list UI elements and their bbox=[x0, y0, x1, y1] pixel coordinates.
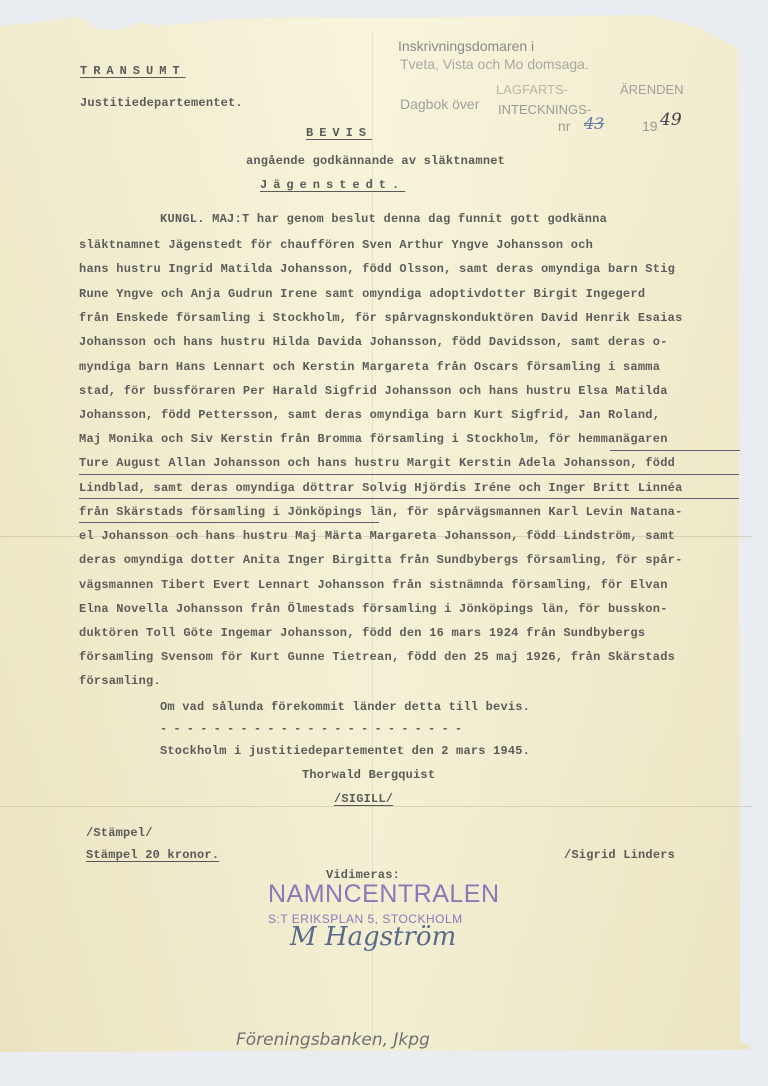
place-date: Stockholm i justitiedepartementet den 2 … bbox=[160, 744, 530, 758]
subheading: angående godkännande av släktnamnet bbox=[246, 154, 505, 168]
body-line: församling. bbox=[79, 674, 739, 688]
closing-statement: Om vad sålunda förekommit länder detta t… bbox=[160, 700, 530, 714]
body-line: Lindblad, samt deras omyndiga döttrar So… bbox=[79, 481, 739, 495]
pen-underline bbox=[79, 522, 379, 523]
pencil-note: Föreningsbanken, Jkpg bbox=[236, 1030, 430, 1050]
seal-mark: /SIGILL/ bbox=[334, 792, 393, 806]
separator-dashes: - - - - - - - - - - - - - - - - - - - - … bbox=[160, 722, 462, 736]
stamp-option-selected: INTECKNINGS- bbox=[498, 102, 591, 117]
copy-signer: /Sigrid Linders bbox=[564, 848, 675, 862]
stamp-nr-struck: 43 bbox=[584, 114, 604, 133]
body-line: församling Svensom för Kurt Gunne Tietre… bbox=[79, 650, 739, 664]
pen-underline bbox=[79, 474, 739, 475]
stamp-note: /Stämpel/ bbox=[86, 826, 153, 840]
stamp-arenden: ÄRENDEN bbox=[620, 82, 684, 97]
pen-underline bbox=[79, 498, 739, 499]
stamp-option-struck: LAGFARTS- bbox=[496, 82, 568, 97]
body-line: släktnamnet Jägenstedt för chauffören Sv… bbox=[79, 238, 739, 252]
fold-line bbox=[0, 806, 752, 807]
body-line: deras omyndiga dotter Anita Inger Birgit… bbox=[79, 553, 739, 567]
department-name: Justitiedepartementet. bbox=[80, 96, 243, 110]
surname-title: Jägenstedt. bbox=[260, 178, 405, 192]
handwritten-signature: M Hagström bbox=[290, 922, 456, 952]
body-line: el Johansson och hans hustru Maj Märta M… bbox=[79, 529, 739, 543]
body-line: från Enskede församling i Stockholm, för… bbox=[79, 311, 739, 325]
body-line: Maj Monika och Siv Kerstin från Bromma f… bbox=[79, 432, 739, 446]
stamp-nr-label: nr bbox=[558, 118, 570, 134]
body-line: Johansson och hans hustru Hilda Davida J… bbox=[79, 335, 739, 349]
body-line: stad, för bussföraren Per Harald Sigfrid… bbox=[79, 384, 739, 398]
agency-stamp-name: NAMNCENTRALEN bbox=[268, 880, 500, 909]
body-line: Johansson, född Pettersson, samt deras o… bbox=[79, 408, 739, 422]
stamp-year-handwritten: 49 bbox=[660, 110, 682, 130]
body-line: Rune Yngve och Anja Gudrun Irene samt om… bbox=[79, 287, 739, 301]
stamp-line-2: Tveta, Vista och Mo domsaga. bbox=[400, 56, 589, 72]
body-line: myndiga barn Hans Lennart och Kerstin Ma… bbox=[79, 360, 739, 374]
stamp-fee: Stämpel 20 kronor. bbox=[86, 848, 219, 862]
body-line: Ture August Allan Johansson och hans hus… bbox=[79, 456, 739, 470]
transumt-label: TRANSUMT bbox=[80, 64, 186, 78]
body-line: hans hustru Ingrid Matilda Johansson, fö… bbox=[79, 262, 739, 276]
stamp-line-1: Inskrivningsdomaren i bbox=[398, 38, 534, 54]
signatory-name: Thorwald Bergquist bbox=[302, 768, 435, 782]
stamp-year-prefix: 19 bbox=[642, 118, 658, 134]
pen-underline bbox=[610, 450, 740, 451]
heading-bevis: BEVIS bbox=[306, 126, 372, 140]
body-line: KUNGL. MAJ:T har genom beslut denna dag … bbox=[160, 212, 740, 226]
body-line: från Skärstads församling i Jönköpings l… bbox=[79, 505, 739, 519]
body-line: duktören Toll Göte Ingemar Johansson, fö… bbox=[79, 626, 739, 640]
body-line: Elna Novella Johansson från Ölmestads fö… bbox=[79, 602, 739, 616]
body-line: vägsmannen Tibert Evert Lennart Johansso… bbox=[79, 578, 739, 592]
stamp-dagbok-label: Dagbok över bbox=[400, 96, 479, 112]
